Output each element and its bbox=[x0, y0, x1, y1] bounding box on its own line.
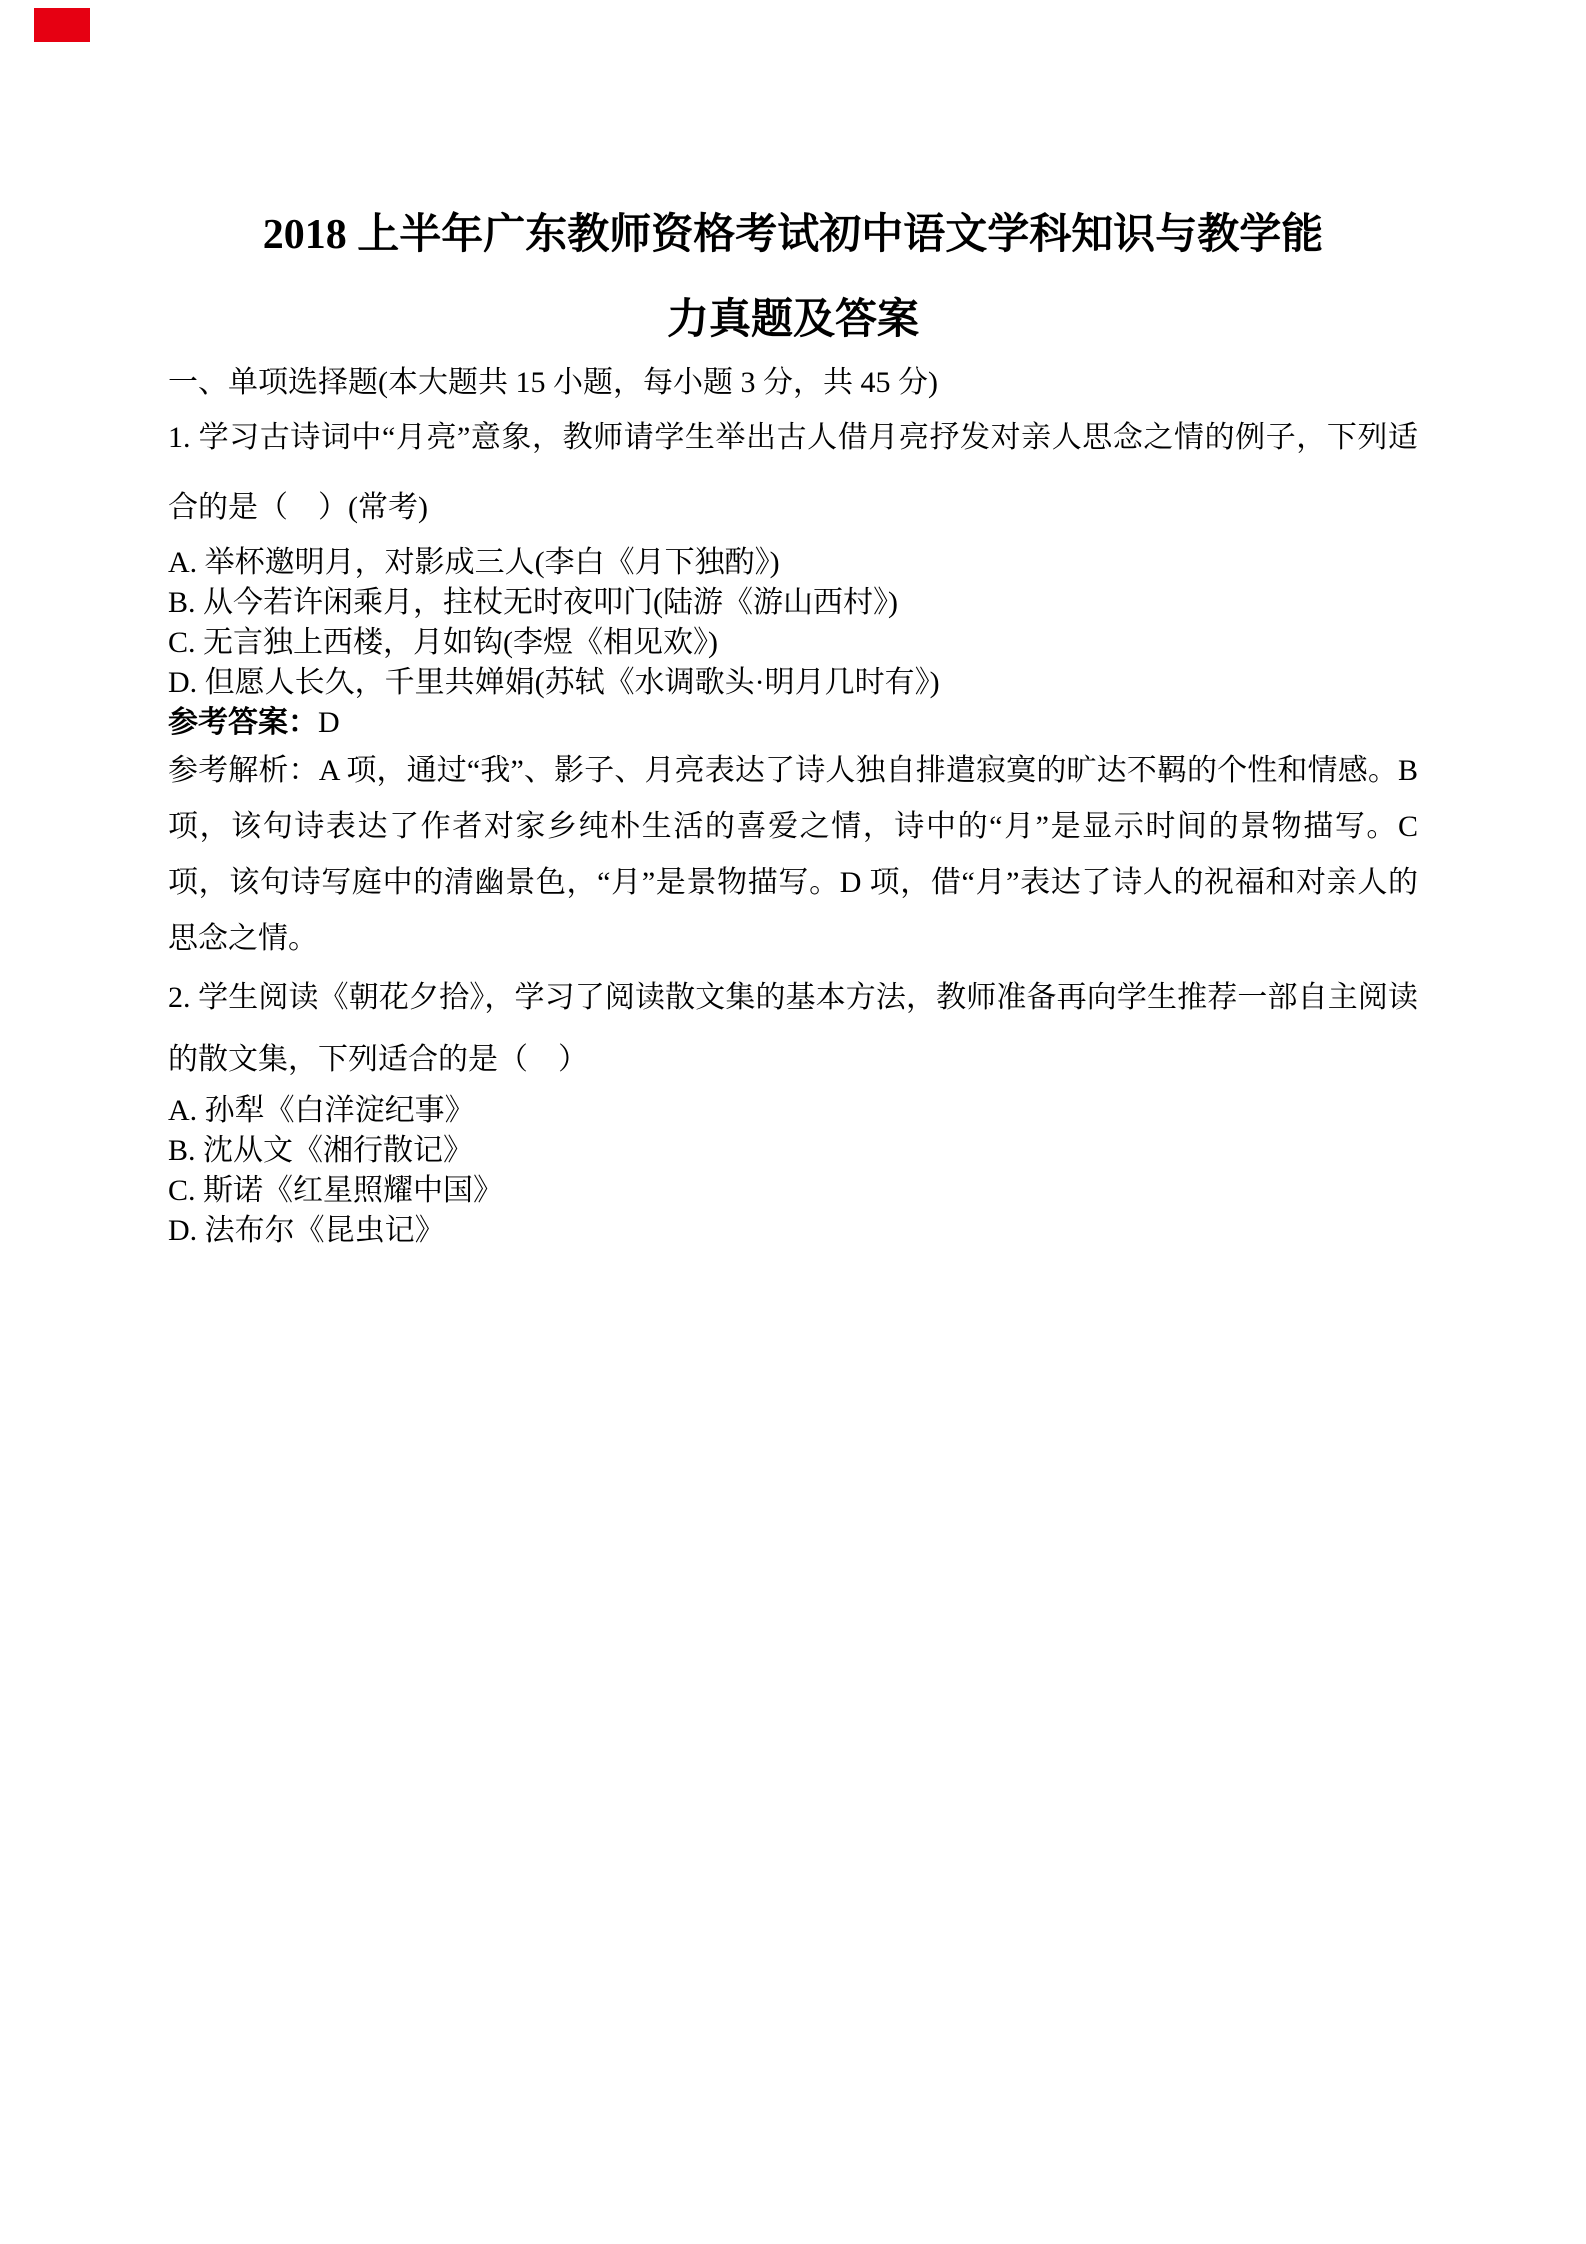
question-2-stem: 2. 学生阅读《朝花夕拾》，学习了阅读散文集的基本方法，教师准备再向学生推荐一部… bbox=[168, 967, 1418, 1091]
document-title-line-1: 2018 上半年广东教师资格考试初中语文学科知识与教学能 bbox=[168, 193, 1418, 278]
question-1-explanation: 参考解析：A 项，通过“我”、影子、月亮表达了诗人独自排遣寂寞的旷达不羁的个性和… bbox=[168, 743, 1418, 967]
question-1-option-d: D. 但愿人长久，千里共婵娟(苏轼《水调歌头·明月几时有》) bbox=[168, 663, 1418, 703]
document-content: 2018 上半年广东教师资格考试初中语文学科知识与教学能 力真题及答案 一、单项… bbox=[0, 0, 1586, 1251]
section-1-heading: 一、单项选择题(本大题共 15 小题，每小题 3 分，共 45 分) bbox=[168, 363, 1418, 403]
question-1-option-c: C. 无言独上西楼，月如钩(李煜《相见欢》) bbox=[168, 623, 1418, 663]
question-1-answer-line: 参考答案：D bbox=[168, 703, 1418, 743]
answer-value: D bbox=[318, 706, 340, 739]
answer-label: 参考答案： bbox=[168, 706, 318, 739]
document-title-line-2: 力真题及答案 bbox=[168, 278, 1418, 363]
red-corner-mark bbox=[34, 8, 90, 42]
question-1-option-a: A. 举杯邀明月，对影成三人(李白《月下独酌》) bbox=[168, 543, 1418, 583]
question-2-option-c: C. 斯诺《红星照耀中国》 bbox=[168, 1171, 1418, 1211]
question-1-option-b: B. 从今若许闲乘月，拄杖无时夜叩门(陆游《游山西村》) bbox=[168, 583, 1418, 623]
document-title: 2018 上半年广东教师资格考试初中语文学科知识与教学能 力真题及答案 bbox=[168, 193, 1418, 363]
question-2-option-d: D. 法布尔《昆虫记》 bbox=[168, 1211, 1418, 1251]
question-2-option-b: B. 沈从文《湘行散记》 bbox=[168, 1131, 1418, 1171]
document-page: 2018 上半年广东教师资格考试初中语文学科知识与教学能 力真题及答案 一、单项… bbox=[0, 0, 1586, 2244]
question-1-stem: 1. 学习古诗词中“月亮”意象，教师请学生举出古人借月亮抒发对亲人思念之情的例子… bbox=[168, 403, 1418, 543]
question-2-option-a: A. 孙犁《白洋淀纪事》 bbox=[168, 1091, 1418, 1131]
